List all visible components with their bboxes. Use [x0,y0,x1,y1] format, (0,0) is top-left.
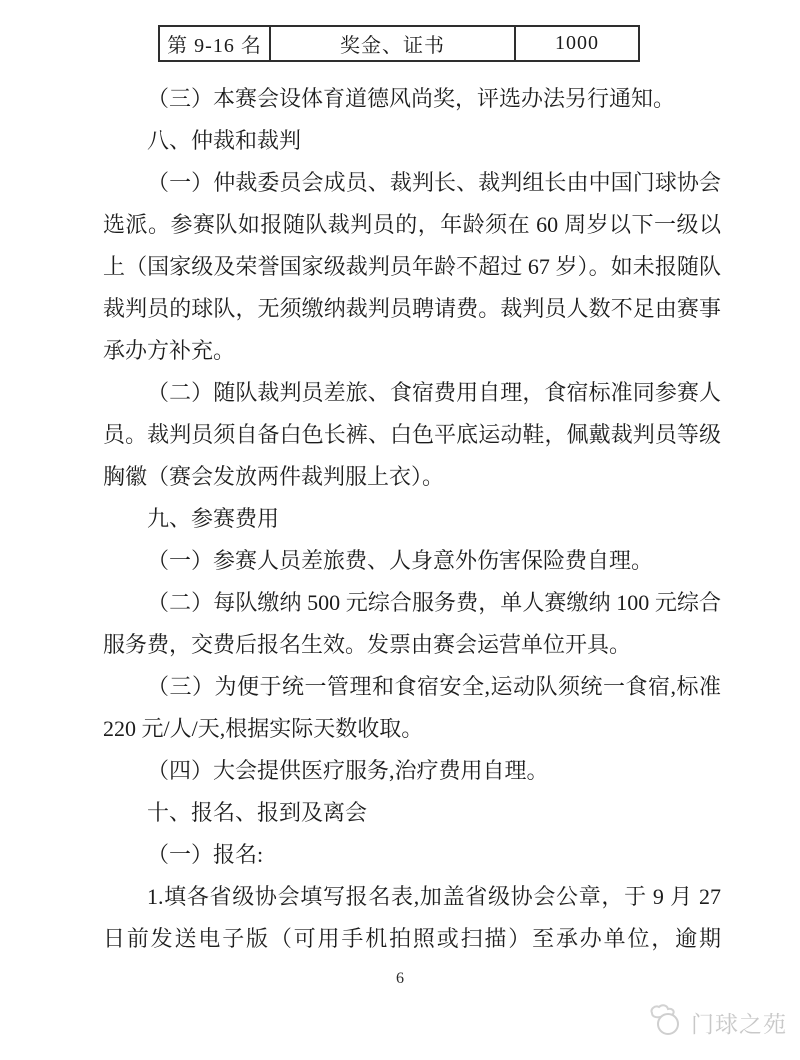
paragraph-service-fees: （二）每队缴纳 500 元综合服务费，单人赛缴纳 100 元综合服务费，交费后报… [103,582,721,666]
section-heading-participation-fees: 九、参赛费用 [103,498,721,540]
page-number: 6 [0,970,800,988]
prize-award-cell: 奖金、证书 [271,27,516,60]
menqiuzhiyuan-logo-icon [646,1003,686,1042]
prize-amount-cell: 1000 [516,27,638,60]
prize-table: 第 9-16 名 奖金、证书 1000 [158,25,640,62]
section-heading-arbitration-referees: 八、仲裁和裁判 [103,120,721,162]
section-heading-registration: 十、报名、报到及离会 [103,792,721,834]
paragraph-signup-form: 1.填各省级协会填写报名表,加盖省级协会公章，于 9 月 27 日前发送电子版（… [103,876,721,960]
paragraph-accommodation-standard: （三）为便于统一管理和食宿安全,运动队须统一食宿,标准 220 元/人/天,根据… [103,666,721,750]
paragraph-medical-service: （四）大会提供医疗服务,治疗费用自理。 [103,750,721,792]
document-page: 第 9-16 名 奖金、证书 1000 （三）本赛会设体育道德风尚奖，评选办法另… [0,0,800,1060]
document-body: （三）本赛会设体育道德风尚奖，评选办法另行通知。 八、仲裁和裁判 （一）仲裁委员… [103,78,721,960]
watermark-label: 门球之苑 [691,1006,787,1039]
paragraph-referee-selection: （一）仲裁委员会成员、裁判长、裁判组长由中国门球协会选派。参赛队如报随队裁判员的… [103,162,721,372]
paragraph-referee-expenses: （二）随队裁判员差旅、食宿费用自理，食宿标准同参赛人员。裁判员须自备白色长裤、白… [103,372,721,498]
prize-rank-cell: 第 9-16 名 [160,27,271,60]
paragraph-sport-ethics-award: （三）本赛会设体育道德风尚奖，评选办法另行通知。 [103,78,721,120]
watermark: 门球之苑 [646,1003,787,1042]
subsection-heading-signup: （一）报名: [103,834,721,876]
paragraph-travel-insurance-fees: （一）参赛人员差旅费、人身意外伤害保险费自理。 [103,540,721,582]
